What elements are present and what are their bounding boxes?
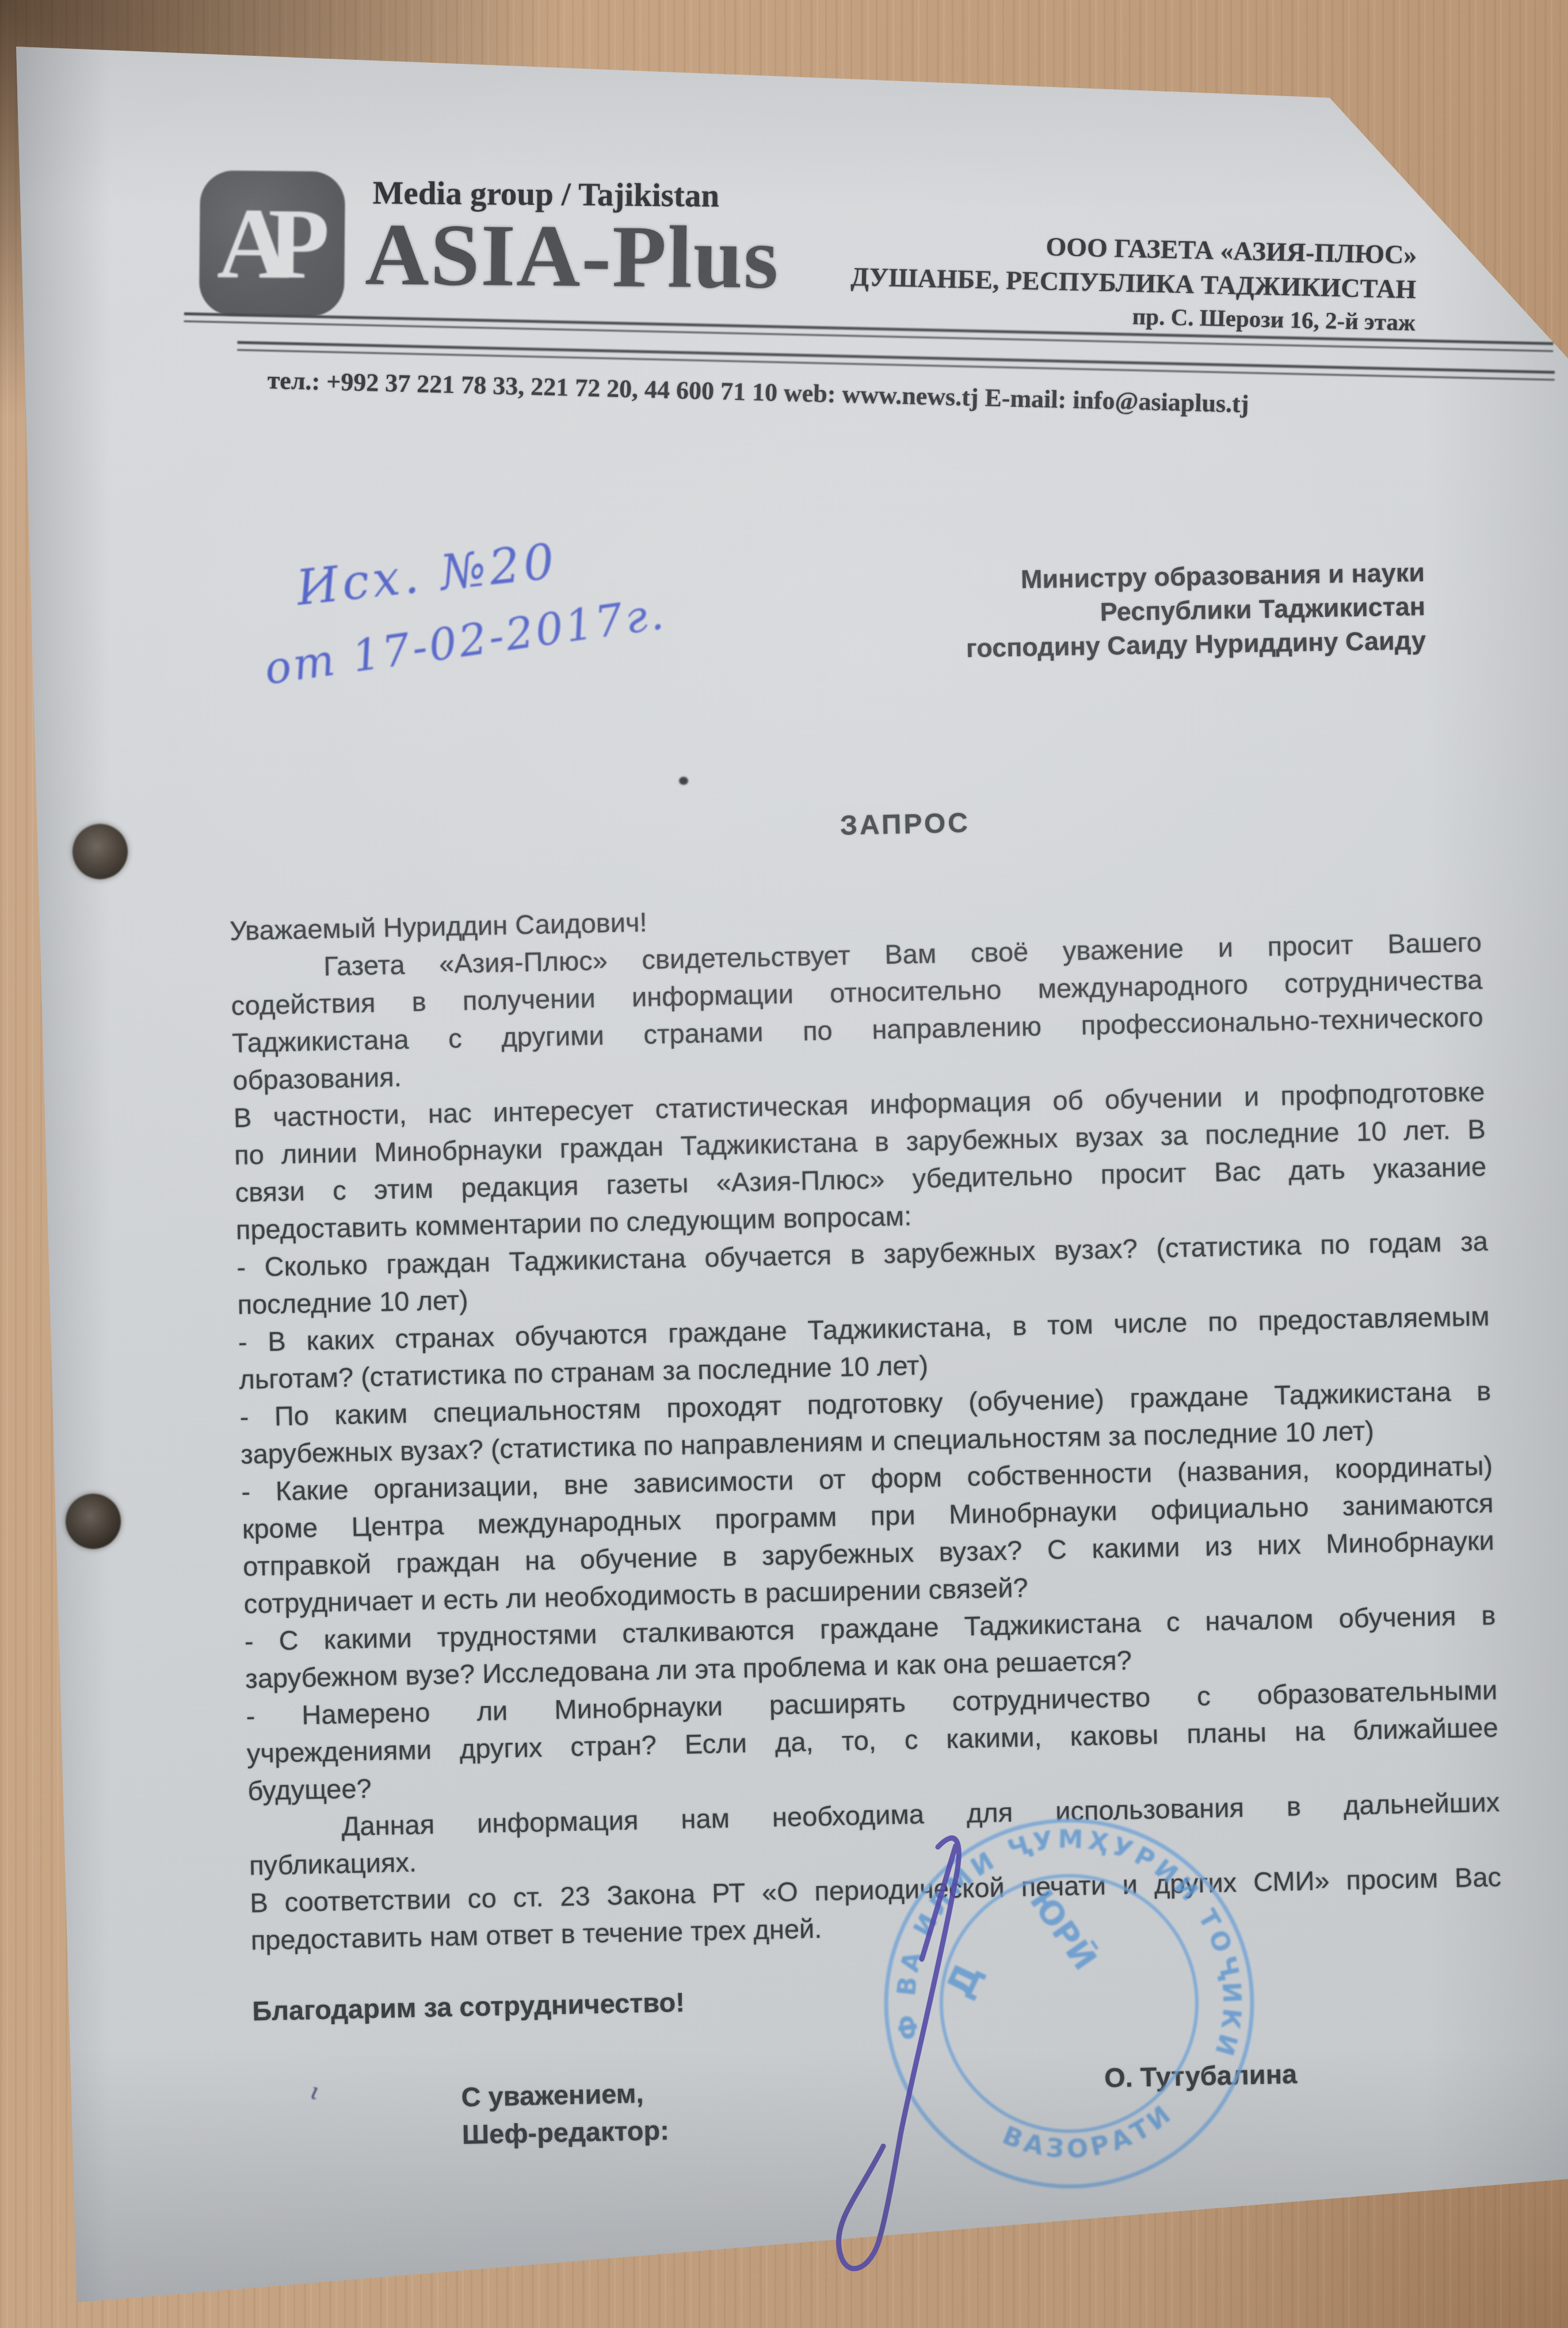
recipient-block: Министру образования и науки Республики … xyxy=(965,555,1426,665)
print-dot-artifact xyxy=(679,777,688,785)
punch-hole-top xyxy=(73,824,128,879)
brand-name: ASIA-Plus xyxy=(365,204,780,310)
org-address-block: ООО ГАЗЕТА «АЗИЯ-ПЛЮС» ДУШАНБЕ, РЕСПУБЛИ… xyxy=(850,225,1417,338)
signature xyxy=(765,1812,1065,2307)
logo-monogram-icon: AP xyxy=(217,193,328,295)
punch-hole-bottom xyxy=(66,1494,121,1549)
asia-plus-logo-badge: AP xyxy=(199,170,345,316)
